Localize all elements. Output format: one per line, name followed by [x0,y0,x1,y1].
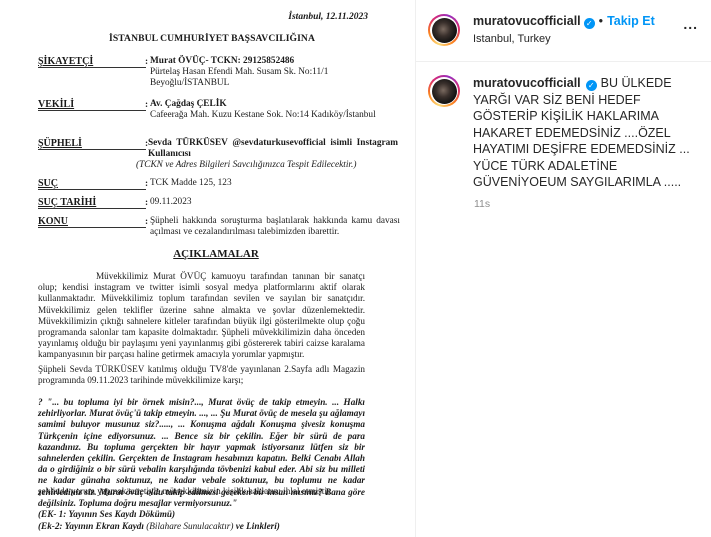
suspect-name: Sevda TÜRKÜSEV @sevdaturkusevofficial is… [148,138,398,160]
post-timestamp[interactable]: 11s [474,198,490,210]
caption-username-link[interactable]: muratovucofficiall [473,76,581,90]
username-link[interactable]: muratovucofficiall [473,14,581,28]
profile-photo [432,18,457,43]
attachment-1: (EK- 1: Yayının Ses Kaydı Dökümü) [38,509,175,520]
verified-badge-icon: ✓ [584,18,595,29]
more-options-icon[interactable]: ... [683,16,698,32]
suspect-note: (TCKN ve Adres Bilgileri Savcılığınızca … [136,160,356,171]
document-date: İstanbul, 12.11.2023 [288,12,368,23]
complainant-address-1: Pürtelaş Hasan Efendi Mah. Susam Sk. No:… [150,67,402,78]
crime-value: TCK Madde 125, 123 [150,178,402,189]
document-addressee: İSTANBUL CUMHURİYET BAŞSAVCILIĞINA [0,33,412,44]
instagram-post-panel: muratovucofficiall✓•Takip Et Istanbul, T… [415,0,711,537]
field-label: SUÇ [38,178,146,190]
verified-badge-icon: ✓ [586,80,597,91]
attorney-address: Cafeerağa Mah. Kuzu Kestane Sok. No:14 K… [150,110,402,121]
field-label: KONU [38,216,146,228]
after-quote: şeklinde yorum yapmak suretiyle müvekkil… [38,486,365,497]
caption-text: BU ÜLKEDE YARĞI VAR SİZ BENİ HEDEF GÖSTE… [473,76,690,189]
complainant-name: Murat ÖVÜÇ- TCKN: 29125852486 [150,56,402,67]
complainant-address-2: Beyoğlu/İSTANBUL [150,78,402,89]
field-label: SUÇ TARİHİ [38,197,146,209]
crime-date-value: 09.11.2023 [150,197,402,208]
profile-photo [432,79,457,104]
paragraph-1: Müvekkilimiz Murat ÖVÜÇ kamuoyu tarafınd… [38,271,365,361]
avatar[interactable] [428,14,460,46]
follow-button[interactable]: Takip Et [607,14,655,28]
separator-dot: • [599,14,603,28]
subject-value: Şüpheli hakkında soruşturma başlatılarak… [150,216,400,238]
location-link[interactable]: Istanbul, Turkey [473,33,551,45]
field-label: VEKİLİ [38,99,146,111]
avatar[interactable] [428,75,460,107]
complaint-document: İstanbul, 12.11.2023 İSTANBUL CUMHURİYET… [0,0,412,537]
attorney-name: Av. Çağdaş ÇELİK [150,99,402,110]
section-heading: AÇIKLAMALAR [0,249,412,260]
attachment-2: (Ek-2: Yayının Ekran Kaydı (Bilahare Sun… [38,521,280,532]
paragraph-2: Şüpheli Sevda TÜRKÜSEV katılmış olduğu T… [38,364,365,386]
field-label: ŞİKAYETÇİ [38,56,146,68]
post-header: muratovucofficiall✓•Takip Et Istanbul, T… [416,0,711,62]
field-label: ŞÜPHELİ [38,138,146,150]
